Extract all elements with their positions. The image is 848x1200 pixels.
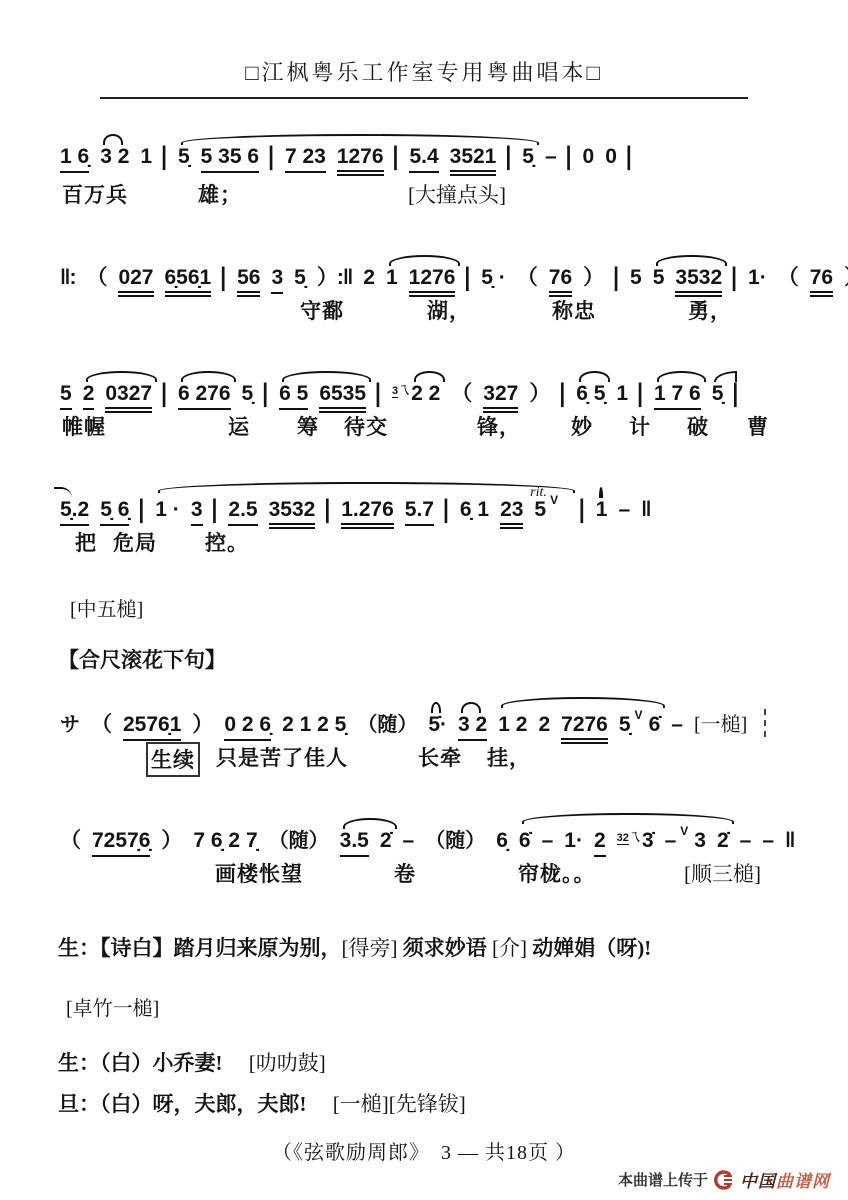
bar-line: | <box>732 379 738 409</box>
page-footer: （《弦歌励周郎》 3 — 共18页 ） <box>0 1136 848 1165</box>
lyric: 湖， <box>427 295 471 325</box>
bar-line: | <box>613 263 619 293</box>
note-token: V <box>680 824 688 838</box>
music-line-2: ‖:（0276̣56̣1|5635̣）:‖211276|5̣ ·（76）|553… <box>0 245 848 325</box>
note-token: 5 <box>60 382 72 410</box>
note-token: – <box>545 145 557 169</box>
note-token: （ <box>451 377 472 407</box>
lyric: 长牵 <box>418 742 462 772</box>
lyric: 守鄱 <box>300 295 344 325</box>
note-token: 5̣ 6̣ <box>100 498 129 526</box>
note-token: ）:‖ <box>317 261 352 291</box>
note-token: 6̣56̣1 <box>165 266 212 297</box>
bar-line: | <box>161 142 167 172</box>
notation-row: サ（2576̣1）0 2 6̣2 1 2 5̣（随）5̇·3 21 227276… <box>60 692 828 738</box>
note-token: （随） <box>357 708 417 737</box>
note-token: 1 2 <box>498 713 527 737</box>
speech-run: 生：（白）小乔妻! <box>58 1051 223 1075</box>
note-token: 0327 <box>105 382 152 413</box>
note-token: 5 <box>630 266 642 290</box>
lyrics-row: 守鄱湖，称忠勇， <box>60 295 828 325</box>
note-token: 76 <box>549 266 572 297</box>
note-token: [一槌] <box>694 708 747 737</box>
bar-line: | <box>637 379 643 409</box>
lyric: 帷幄 <box>62 411 106 441</box>
bar-line: | <box>731 263 737 293</box>
note-token: ） <box>161 824 182 854</box>
note-group: 2 2 <box>411 382 451 406</box>
note-token: 3 <box>191 498 203 526</box>
bar-line <box>764 709 766 737</box>
note-token: 3532 <box>269 498 316 529</box>
note-token: 5̇· <box>428 713 447 737</box>
note-token: 3̇ <box>642 829 654 853</box>
note-token: 76 <box>810 266 833 297</box>
watermark-prefix: 本曲谱上传于 <box>618 1169 708 1190</box>
note-token: 2 <box>538 713 550 737</box>
note-token: 1276 <box>337 145 384 176</box>
note-token: ） <box>844 261 848 291</box>
bar-line: | <box>268 142 274 172</box>
note-token: 027 <box>118 266 153 297</box>
note-token: （ <box>86 261 107 291</box>
bar-line: | <box>262 379 268 409</box>
note-token: 5 35 6 <box>201 145 259 173</box>
note-token: 6 5 <box>279 382 308 410</box>
note-token: 6535 <box>319 382 366 413</box>
note-token: – <box>740 829 752 853</box>
note-token: 23 <box>500 498 523 529</box>
note-token: 6̇ <box>519 829 531 853</box>
note-token: 3532 <box>675 266 722 297</box>
note-group: 5̣5 35 6|7 231276|5.43521|5̣ <box>178 145 545 176</box>
lyric: 勇， <box>688 295 732 325</box>
bar-line: | <box>464 263 470 293</box>
lyric: [顺三槌] <box>684 858 761 888</box>
note-token: （ <box>91 708 112 738</box>
note-token: 2 1 2 5̣ <box>282 713 346 737</box>
percussion-label-mid: [中五槌] <box>0 593 848 622</box>
note-token: ‖ <box>641 498 651 522</box>
percussion-label-zhuozhu: [卓竹一槌] <box>0 992 848 1021</box>
lyric: 破 <box>687 411 709 441</box>
note-token: 5.4 <box>409 145 438 173</box>
note-group: 6̇–1·232乁3̇–V32̇ <box>519 824 740 857</box>
lyric: 画楼怅望 <box>215 858 303 888</box>
bar-line: | <box>220 263 226 293</box>
speech-line-shengbai: 生：【诗白】踏月归来原为别，[得旁] 须求妙语 [介] 动婵娟（呀)! <box>0 932 848 962</box>
speech-run: 旦：（白）呀，夫郎，夫郎! <box>58 1092 307 1116</box>
note-token: 5̣ · <box>481 266 506 290</box>
watermark-brand-light: 曲谱网 <box>776 1172 830 1191</box>
lyrics-row: 百万兵雄；[大撞点头] <box>60 179 828 209</box>
note-token: 0 2 6̣ <box>224 713 271 741</box>
note-token: 0 <box>605 145 617 169</box>
note-token: （ <box>517 261 538 291</box>
note-token: 5̣ <box>178 145 190 169</box>
lyric: 运 <box>228 411 250 441</box>
lyric: 称忠 <box>552 295 596 325</box>
qupu-logo-icon <box>714 1170 734 1190</box>
note-token: – <box>403 829 415 853</box>
note-token: 3 <box>694 829 706 853</box>
note-token: 5̣ <box>522 145 534 169</box>
note-token: – <box>665 829 677 853</box>
lyric: 控。 <box>205 527 249 557</box>
lyric: 挂， <box>487 742 531 772</box>
note-token: 6̣ 5̣ <box>576 382 605 406</box>
note-token: 1 <box>386 266 398 290</box>
note-token: – <box>542 829 554 853</box>
note-token: 7 6̣ 2 7̣ <box>193 829 257 853</box>
lyric: 筹 <box>297 411 319 441</box>
speech-run: [一槌][先锋钹] <box>307 1092 466 1116</box>
note-group: 6 276 <box>178 382 242 410</box>
note-token: （ <box>778 261 799 291</box>
note-token: ） <box>583 261 604 291</box>
lyric: 帘栊。。 <box>518 858 596 888</box>
speech-run: 动婵娟（呀)! <box>532 936 651 960</box>
note-token: サ <box>60 708 80 737</box>
bar-line: | <box>138 495 144 525</box>
note-token: 1 · <box>155 498 180 522</box>
lyric: 把 <box>75 527 97 557</box>
note-token: 327 <box>483 382 518 413</box>
speech-run: [叻叻鼓] <box>223 1051 326 1075</box>
watermark-brand-dark: 中国 <box>740 1172 776 1191</box>
lyric: 卷 <box>394 858 416 888</box>
note-group: 1 2272765̣V6̇ <box>498 708 671 744</box>
page-title: □江枫粤乐工作室专用粤曲唱本□ <box>0 56 848 87</box>
bar-line: | <box>443 495 449 525</box>
note-token: – <box>671 713 683 737</box>
bar-line: | <box>212 495 218 525</box>
note-token: 6̇ <box>649 713 661 737</box>
note-token: 5̣ <box>242 382 254 406</box>
note-token: 1 7 6 <box>654 382 701 410</box>
bar-line: | <box>559 379 565 409</box>
note-group: 6 56535 <box>279 382 377 413</box>
bar-line: | <box>505 142 511 172</box>
note-token: 1.276 <box>341 498 394 529</box>
lyric: 危局 <box>113 527 157 557</box>
note-token: 7 23 <box>285 145 326 173</box>
note-token: 1· <box>748 266 767 290</box>
bar-line: | <box>626 142 632 172</box>
notation-row: 1 6̣3 21|5̣5 35 6|7 231276|5.43521|5̣–|0… <box>60 129 828 175</box>
bar-line: | <box>324 495 330 525</box>
note-group: 53532 <box>653 266 733 297</box>
lyric: 只是苦了佳人 <box>216 742 348 772</box>
speech-run: 须求妙语 <box>403 936 492 960</box>
note-token: 1 6̣ <box>60 145 89 173</box>
bar-line: | <box>566 142 572 172</box>
lyric: 雄； <box>198 179 242 209</box>
note-token: 1 <box>616 382 628 406</box>
note-token: V <box>550 493 558 507</box>
notation-row: 520327|6 2765̣|6 56535|3乁2 2（327）|6̣ 5̣1… <box>60 361 828 407</box>
speech-line-sheng: 生：（白）小乔妻! [叻叻鼓] <box>0 1047 848 1077</box>
bar-line: | <box>579 495 585 525</box>
lyrics-row: 生续只是苦了佳人长牵挂， <box>60 742 828 772</box>
note-group: 11276 <box>386 266 466 297</box>
note-token: 32乁 <box>617 834 640 843</box>
note-token: 5 <box>534 498 546 522</box>
note-group: 1 7 6 <box>654 382 712 410</box>
note-token: 0 <box>583 145 595 169</box>
lyric: 待交 <box>344 411 388 441</box>
lyrics-row: 把危局控。 <box>60 527 828 557</box>
lyric: 百万兵 <box>62 179 128 209</box>
note-token: rit. <box>530 485 547 501</box>
watermark-brand: 中国曲谱网 <box>740 1167 830 1192</box>
note-token: 1 <box>596 498 608 522</box>
bar-line: | <box>375 379 381 409</box>
speech-run: [得旁] <box>342 936 403 960</box>
notation-row: ‖:（0276̣56̣1|5635̣）:‖211276|5̣ ·（76）|553… <box>60 245 828 291</box>
note-token: 2 <box>594 829 606 857</box>
lyric: 妙 <box>571 411 593 441</box>
note-token: 3521 <box>450 145 497 176</box>
music-line-6: （7257̣6̣）7 6̣ 2 7̣（随）3.52̇–（随）6̣6̇–1·232… <box>0 808 848 888</box>
note-token: 6̣ <box>496 829 508 853</box>
watermark: 本曲谱上传于 中国曲谱网 <box>618 1167 830 1192</box>
note-token: 5 <box>653 266 665 290</box>
note-token: 7257̣6̣ <box>92 829 150 857</box>
songbook-page: □江枫粤乐工作室专用粤曲唱本□ 1 6̣3 21|5̣5 35 6|7 2312… <box>0 0 848 1200</box>
note-token: 5̣ <box>294 266 306 290</box>
lyrics-row: 帷幄运筹待交锋，妙计破曹 <box>60 411 828 441</box>
speech-line-dan: 旦：（白）呀，夫郎，夫郎! [一槌][先锋钹] <box>0 1088 848 1118</box>
note-token: 2 2 <box>411 382 440 406</box>
note-token: ） <box>529 377 550 407</box>
note-token: 1276 <box>409 266 456 297</box>
music-line-1: 1 6̣3 21|5̣5 35 6|7 231276|5.43521|5̣–|0… <box>0 129 848 209</box>
lyric: 计 <box>629 411 651 441</box>
note-token: V <box>635 708 643 722</box>
lyric: 曹 <box>747 411 769 441</box>
note-token: ‖ <box>785 829 795 853</box>
note-token: 2576̣1 <box>123 713 181 741</box>
note-group: 3.52̇ <box>340 829 403 857</box>
note-token: – <box>618 498 630 522</box>
note-token: – <box>762 829 774 853</box>
music-line-4: 5̣.25̣ 6̣|1 ·3|2.53532|1.2765.7|6̣ 1235V… <box>0 477 848 557</box>
note-token: 5̣.2 <box>60 498 89 526</box>
note-token: 2.5 <box>228 498 257 526</box>
note-token: ‖: <box>60 266 75 290</box>
note-group: 6̣ 5̣ <box>576 382 616 406</box>
lyric: 锋， <box>477 411 521 441</box>
note-token: ） <box>192 708 213 738</box>
lyric: 生续 <box>146 742 200 777</box>
note-group: 20327 <box>83 382 163 413</box>
note-token: 2 <box>83 382 95 410</box>
note-token: 2̇ <box>380 829 392 853</box>
note-token: 3 2 <box>458 713 487 741</box>
note-token: 6̣ 1 <box>460 498 489 522</box>
note-token: 6 276 <box>178 382 231 410</box>
note-token: （随） <box>425 824 485 853</box>
section-label: 【合尺滚花下句】 <box>0 644 848 674</box>
note-token: 1· <box>564 829 583 853</box>
bar-line: | <box>161 379 167 409</box>
note-group: 1 ·3|2.53532|1.2765.7|6̣ 1235Vrit. <box>155 493 581 529</box>
notation-row: 5̣.25̣ 6̣|1 ·3|2.53532|1.2765.7|6̣ 1235V… <box>60 477 828 523</box>
note-token: 3 <box>271 266 283 294</box>
note-token: （ <box>60 824 81 854</box>
speech-run: [介] <box>492 936 532 960</box>
note-token: 3 2 <box>100 145 129 169</box>
lyrics-row: 画楼怅望卷帘栊。。[顺三槌] <box>60 858 828 888</box>
lyric: [大撞点头] <box>408 179 506 209</box>
speech-run: 生：【诗白】踏月归来原为别， <box>58 936 342 960</box>
header-rule <box>100 97 748 99</box>
note-token: 1 <box>140 145 152 169</box>
note-token: 2̇ <box>717 829 729 853</box>
note-token: 2 <box>363 266 375 290</box>
note-token: 7276 <box>561 713 608 744</box>
music-line-5: サ（2576̣1）0 2 6̣2 1 2 5̣（随）5̇·3 21 227276… <box>0 692 848 772</box>
note-token: （随） <box>269 824 329 853</box>
note-token: 3乁 <box>392 387 409 396</box>
note-token: 3.5 <box>340 829 369 857</box>
note-token: 5̣ <box>619 713 631 737</box>
bar-line: | <box>393 142 399 172</box>
note-token: 5̣ <box>712 382 724 406</box>
notation-row: （7257̣6̣）7 6̣ 2 7̣（随）3.52̇–（随）6̣6̇–1·232… <box>60 808 828 854</box>
music-line-3: 520327|6 2765̣|6 56535|3乁2 2（327）|6̣ 5̣1… <box>0 361 848 441</box>
note-token: 56 <box>237 266 260 297</box>
note-token: 5.7 <box>405 498 434 526</box>
